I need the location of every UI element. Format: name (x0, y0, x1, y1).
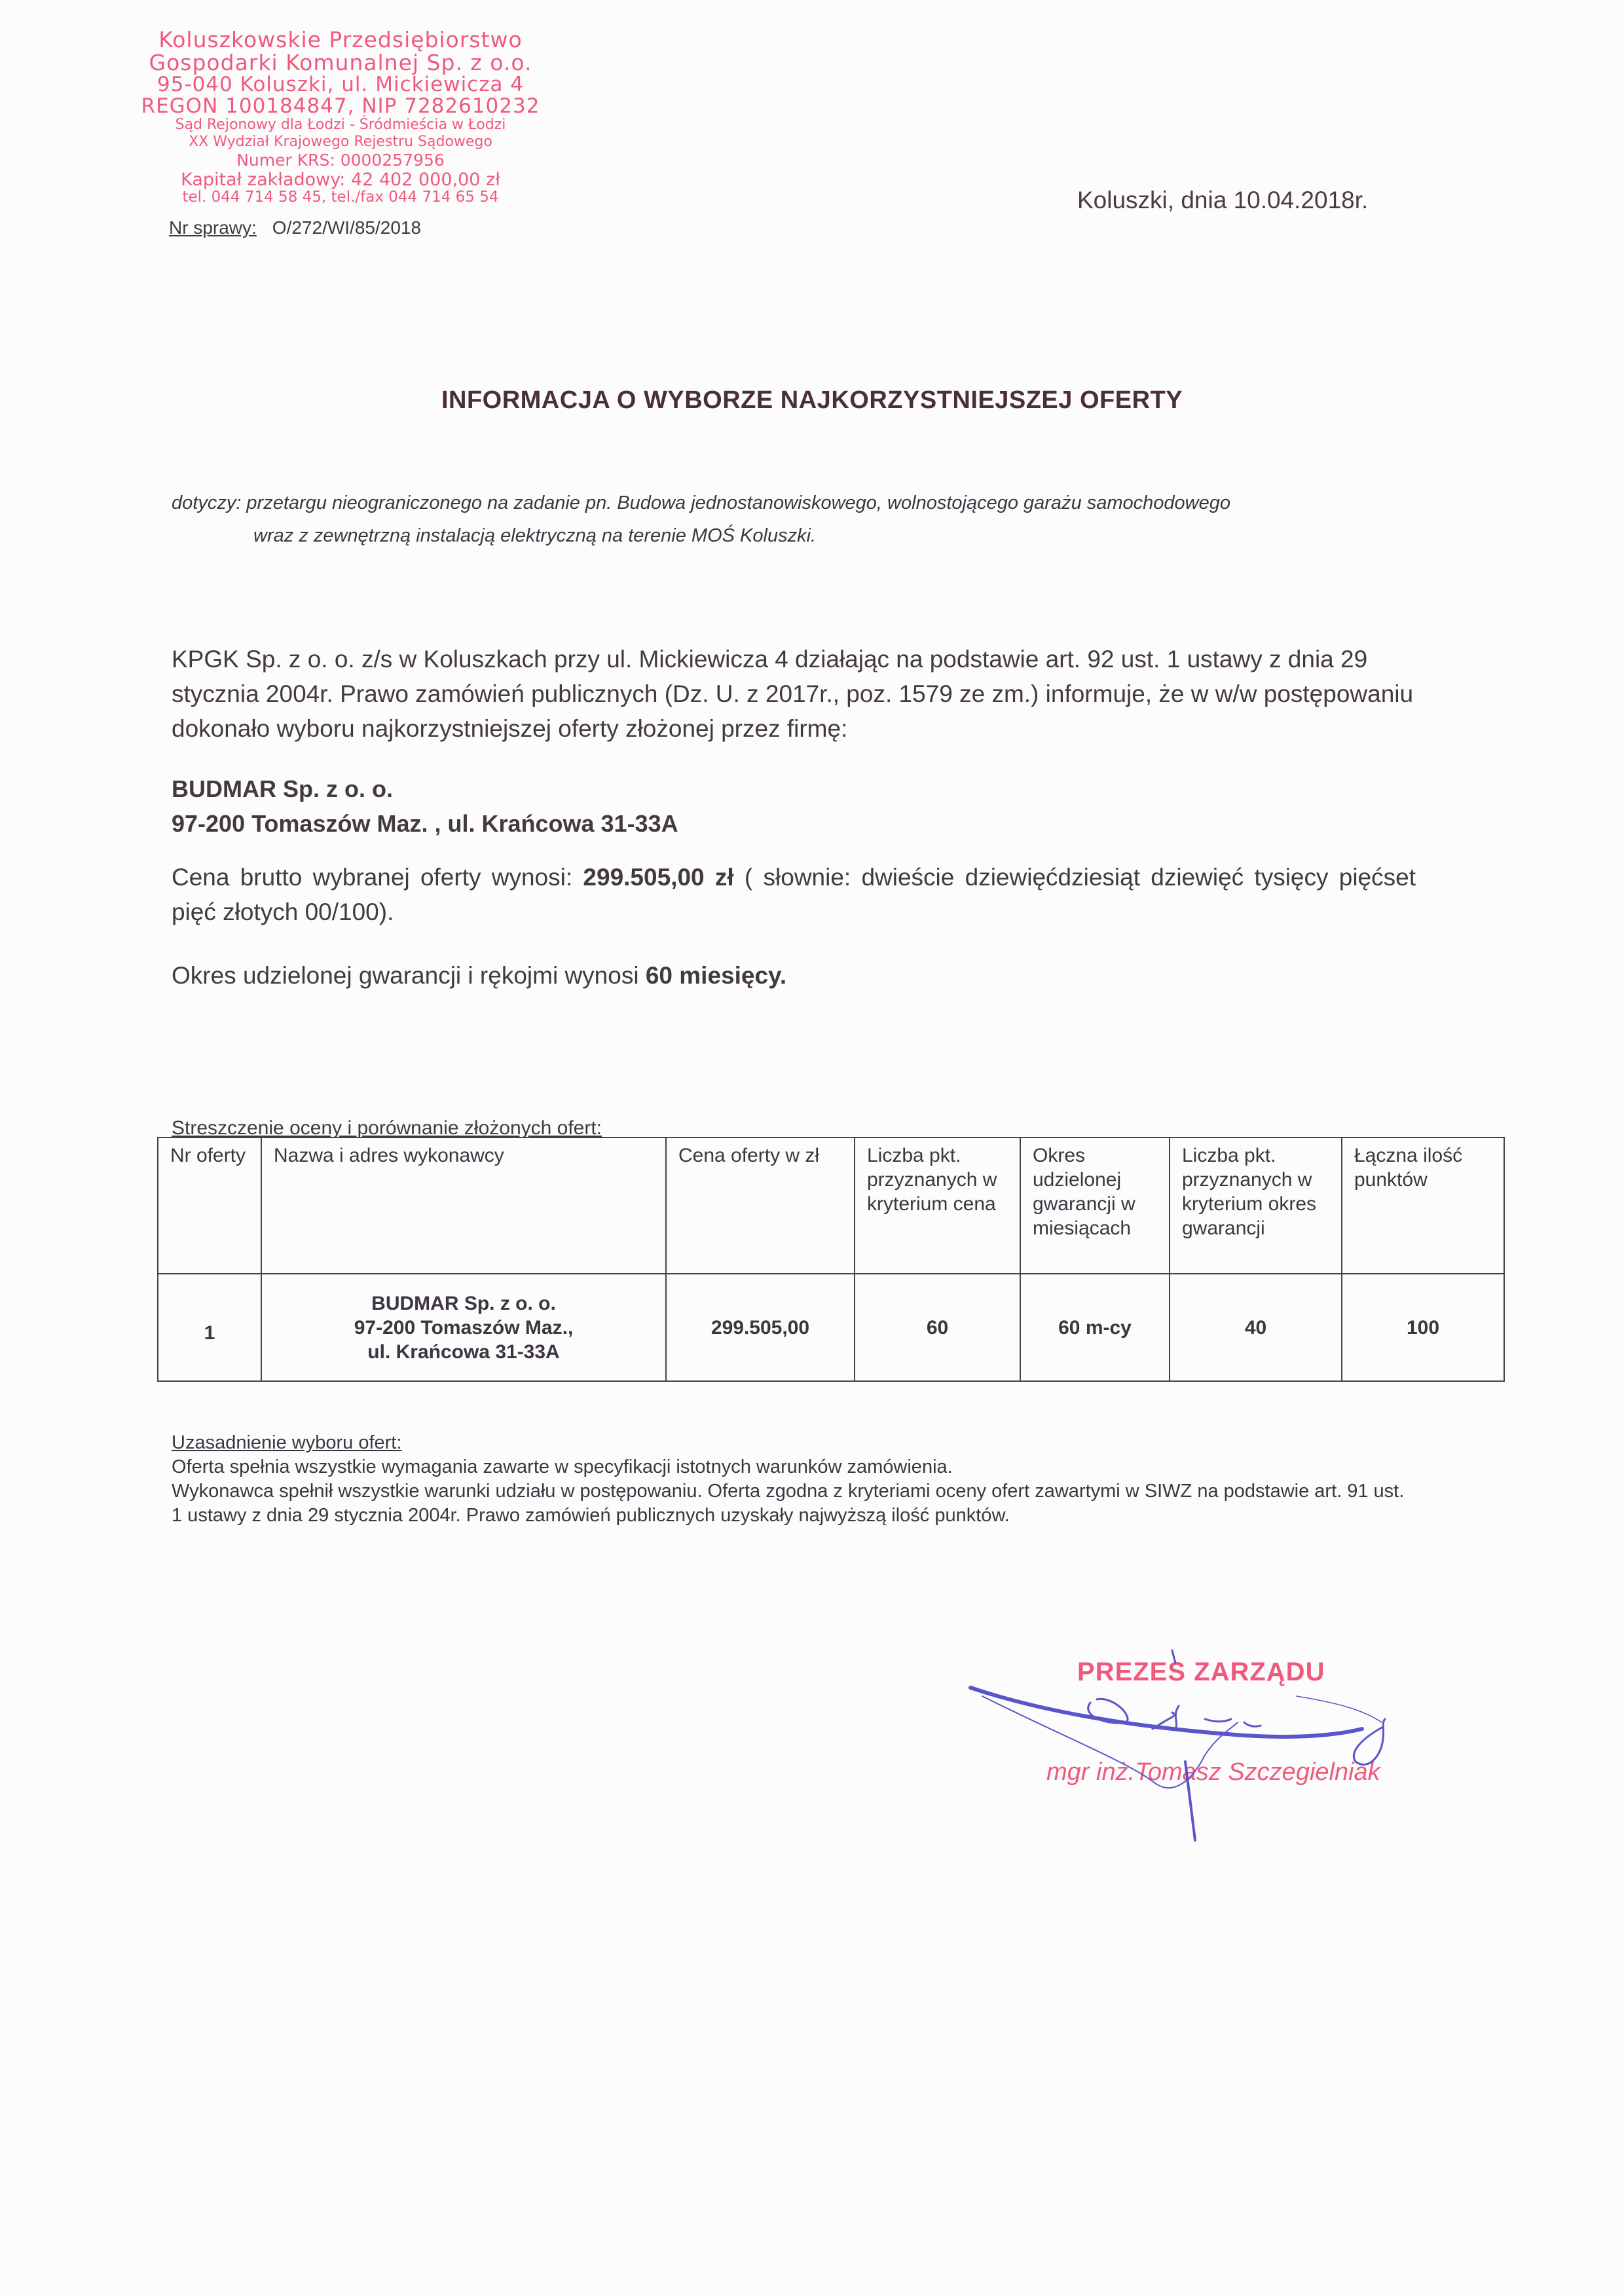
offers-table: Nr oferty Nazwa i adres wykonawcy Cena o… (157, 1137, 1505, 1382)
header-warranty: Okres udzielonej gwarancji w miesiącach (1020, 1138, 1170, 1274)
header-name: Nazwa i adres wykonawcy (261, 1138, 666, 1274)
header-nr: Nr oferty (158, 1138, 261, 1274)
cell-total: 100 (1342, 1274, 1504, 1381)
justification-line-1: Oferta spełnia wszystkie wymagania zawar… (172, 1455, 1416, 1479)
price-prefix: Cena brutto wybranej oferty wynosi: (172, 864, 583, 891)
stamp-line: 95-040 Koluszki, ul. Mickiewicza 4 (115, 75, 566, 95)
stamp-line: Gospodarki Komunalnej Sp. z o.o. (115, 52, 566, 73)
cell-warranty: 60 m-cy (1020, 1274, 1170, 1381)
stamp-line: XX Wydział Krajowego Rejestru Sądowego (115, 135, 566, 149)
stamp-line: Sąd Rejonowy dla Łodzi - Śródmieścia w Ł… (115, 118, 566, 132)
cell-price-points: 60 (855, 1274, 1020, 1381)
contractor-street: ul. Krańcowa 31-33A (274, 1340, 654, 1364)
company-address: 97-200 Tomaszów Maz. , ul. Krańcowa 31-3… (172, 806, 1416, 841)
cell-warranty-points: 40 (1170, 1274, 1342, 1381)
header-total: Łączna ilość punktów (1342, 1138, 1504, 1274)
contractor-name: BUDMAR Sp. z o. o. (274, 1291, 654, 1316)
case-number: Nr sprawy:O/272/WI/85/2018 (169, 217, 421, 238)
regarding: dotyczy: przetargu nieograniczonego na z… (172, 487, 1429, 552)
warranty-paragraph: Okres udzielonej gwarancji i rękojmi wyn… (172, 958, 1416, 993)
table-header-row: Nr oferty Nazwa i adres wykonawcy Cena o… (158, 1138, 1504, 1274)
contractor-city: 97-200 Tomaszów Maz., (274, 1316, 654, 1340)
cell-name: BUDMAR Sp. z o. o. 97-200 Tomaszów Maz.,… (261, 1274, 666, 1381)
handwritten-signature-icon (956, 1624, 1441, 1860)
intro-paragraph: KPGK Sp. z o. o. z/s w Koluszkach przy u… (172, 642, 1416, 746)
warranty-prefix: Okres udzielonej gwarancji i rękojmi wyn… (172, 962, 646, 989)
summary-caption: Streszczenie oceny i porównanie złożonyc… (172, 1117, 602, 1139)
regarding-line-1: dotyczy: przetargu nieograniczonego na z… (172, 487, 1429, 519)
justification-heading: Uzasadnienie wyboru ofert: (172, 1431, 1416, 1455)
price-paragraph: Cena brutto wybranej oferty wynosi: 299.… (172, 860, 1416, 929)
selected-company: BUDMAR Sp. z o. o. 97-200 Tomaszów Maz. … (172, 771, 1416, 841)
justification-line-2: Wykonawca spełnił wszystkie warunki udzi… (172, 1479, 1416, 1528)
case-number-label: Nr sprawy: (169, 217, 257, 238)
regarding-line-2: wraz z zewnętrzną instalacją elektryczną… (172, 519, 1429, 552)
stamp-line: Koluszkowskie Przedsiębiorstwo (115, 29, 566, 50)
company-stamp: Koluszkowskie Przedsiębiorstwo Gospodark… (115, 29, 566, 205)
header-price: Cena oferty w zł (666, 1138, 855, 1274)
company-name: BUDMAR Sp. z o. o. (172, 771, 1416, 806)
cell-nr: 1 (158, 1274, 261, 1381)
stamp-line: Kapitał zakładowy: 42 402 000,00 zł (115, 171, 566, 189)
stamp-line: tel. 044 714 58 45, tel./fax 044 714 65 … (115, 190, 566, 205)
place-date: Koluszki, dnia 10.04.2018r. (1077, 187, 1368, 214)
stamp-line: REGON 100184847, NIP 7282610232 (115, 96, 566, 117)
price-value: 299.505,00 zł (583, 864, 733, 891)
document-title: INFORMACJA O WYBORZE NAJKORZYSTNIEJSZEJ … (0, 386, 1624, 415)
header-price-points: Liczba pkt. przyznanych w kryterium cena (855, 1138, 1020, 1274)
table-row: 1 BUDMAR Sp. z o. o. 97-200 Tomaszów Maz… (158, 1274, 1504, 1381)
warranty-value: 60 miesięcy. (646, 962, 786, 989)
stamp-line: Numer KRS: 0000257956 (115, 152, 566, 168)
header-warranty-points: Liczba pkt. przyznanych w kryterium okre… (1170, 1138, 1342, 1274)
cell-price: 299.505,00 (666, 1274, 855, 1381)
justification: Uzasadnienie wyboru ofert: Oferta spełni… (172, 1431, 1416, 1528)
case-number-value: O/272/WI/85/2018 (272, 217, 421, 238)
